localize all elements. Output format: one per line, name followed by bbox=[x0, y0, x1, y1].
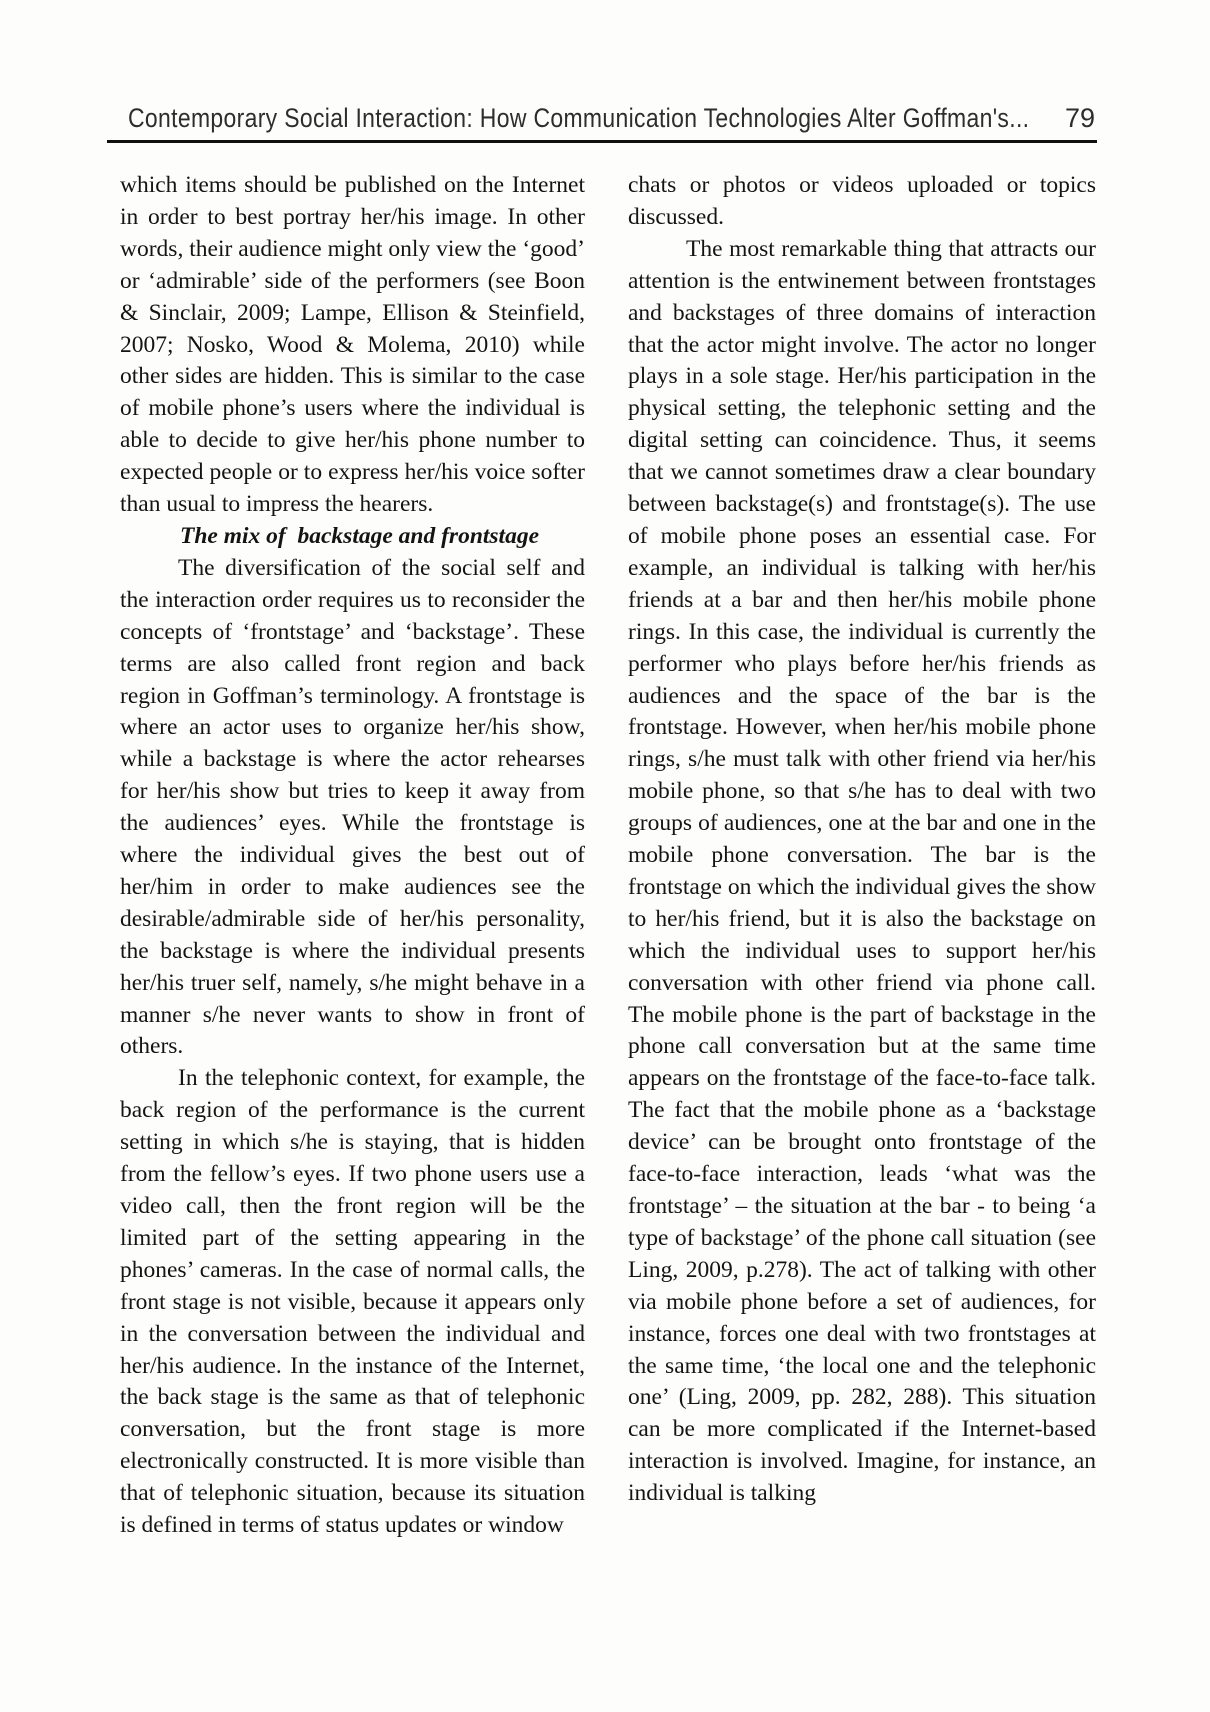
page-number: 79 bbox=[1065, 103, 1095, 134]
paragraph-continued: which items should be published on the I… bbox=[120, 170, 585, 521]
column-left: which items should be published on the I… bbox=[120, 170, 585, 1542]
running-title: Contemporary Social Interaction: How Com… bbox=[128, 103, 1029, 134]
paragraph: The diversification of the social self a… bbox=[120, 553, 585, 1064]
paragraph: In the telephonic context, for example, … bbox=[120, 1063, 585, 1542]
page-header: Contemporary Social Interaction: How Com… bbox=[128, 103, 1097, 139]
paragraph-continued: chats or photos or videos uploaded or to… bbox=[628, 170, 1096, 234]
header-rule bbox=[107, 140, 1097, 143]
column-right: chats or photos or videos uploaded or to… bbox=[628, 170, 1096, 1510]
section-heading: The mix of backstage and frontstage bbox=[120, 521, 585, 553]
paper-page: Contemporary Social Interaction: How Com… bbox=[0, 0, 1210, 1712]
paragraph: The most remarkable thing that attracts … bbox=[628, 234, 1096, 1510]
